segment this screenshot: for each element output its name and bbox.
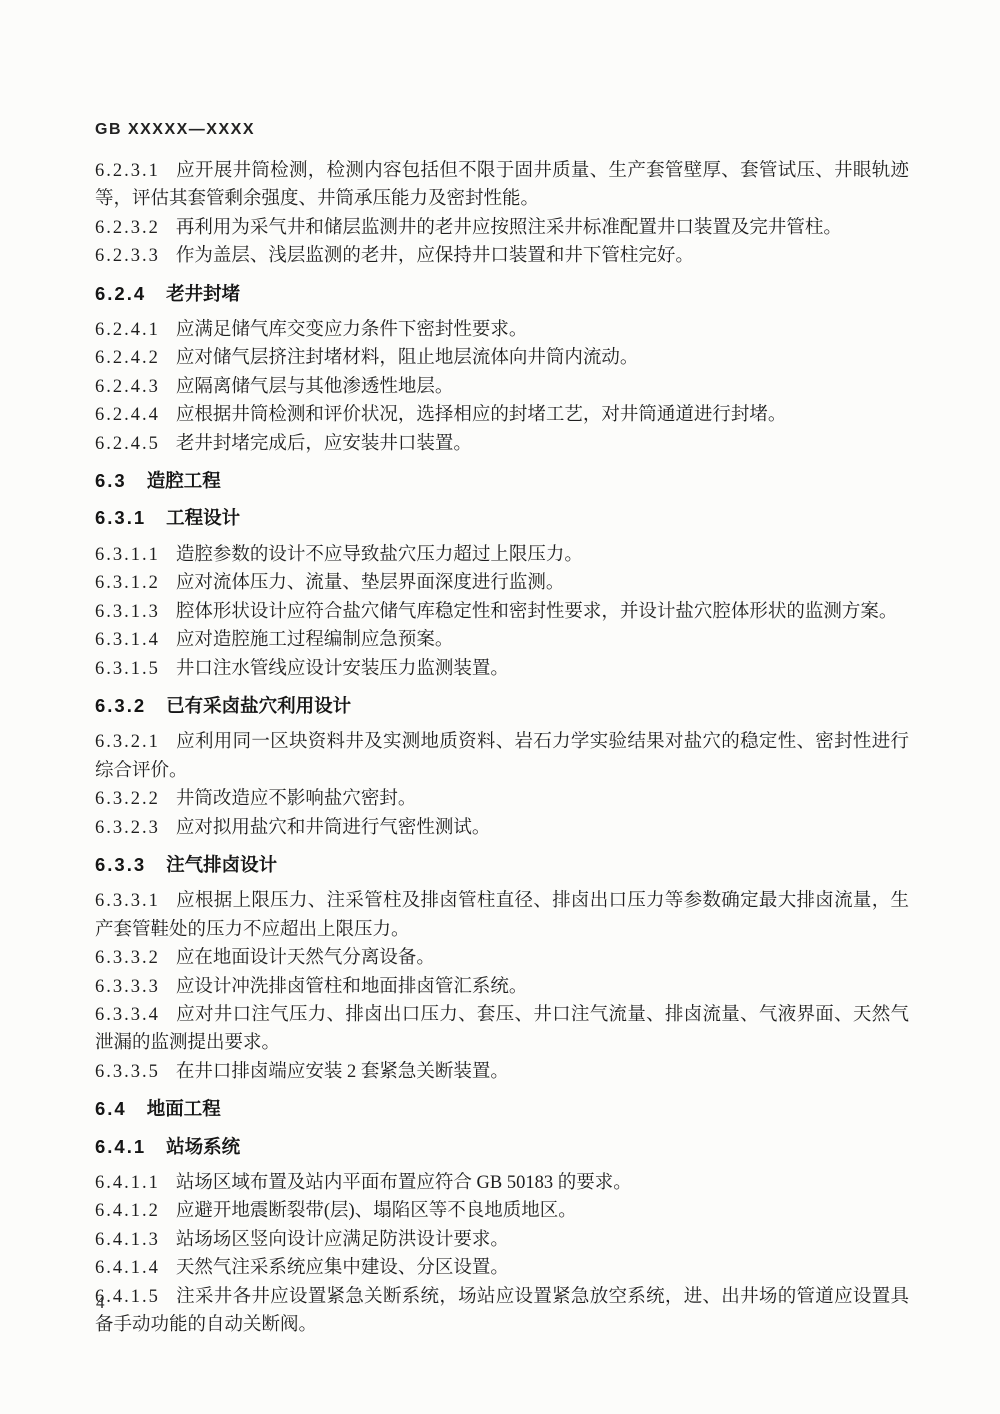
clause: 6.3.3.5在井口排卤端应安装 2 套紧急关断装置。 (95, 1058, 909, 1086)
clause-number: 6.4.1.5 (95, 1287, 176, 1307)
clause: 6.3.3.2应在地面设计天然气分离设备。 (95, 944, 909, 972)
section-title: 已有采卤盐穴利用设计 (166, 695, 351, 716)
clause-text: 注采井各井应设置紧急关断系统，场站应设置紧急放空系统，进、出井场的管道应设置具备… (95, 1287, 909, 1335)
clause: 6.2.3.3作为盖层、浅层监测的老井，应保持井口装置和井下管柱完好。 (95, 242, 909, 270)
clause-number: 6.2.4.4 (95, 405, 176, 425)
clause-number: 6.4.1.2 (95, 1201, 176, 1221)
clause-number: 6.2.4.2 (95, 348, 176, 368)
clause-number: 6.3.1.3 (95, 602, 176, 622)
clause-number: 6.3.1.5 (95, 659, 176, 679)
clause: 6.2.4.2应对储气层挤注封堵材料，阻止地层流体向井筒内流动。 (95, 344, 909, 372)
section-heading: 6.2.4老井封堵 (95, 280, 909, 308)
section-number: 6.3.2 (95, 695, 166, 716)
section-heading: 6.3.2已有采卤盐穴利用设计 (95, 692, 909, 720)
clause: 6.2.3.2再利用为采气井和储层监测井的老井应按照注采井标准配置井口装置及完井… (95, 214, 909, 242)
clause-number: 6.3.2.3 (95, 818, 176, 838)
clause-text: 在井口排卤端应安装 2 套紧急关断装置。 (176, 1062, 509, 1082)
section-title: 工程设计 (166, 507, 240, 528)
clause-text: 站场区域布置及站内平面布置应符合 GB 50183 的要求。 (176, 1173, 632, 1193)
clause-text: 应满足储气库交变应力条件下密封性要求。 (176, 320, 528, 340)
clause: 6.3.1.3腔体形状设计应符合盐穴储气库稳定性和密封性要求，并设计盐穴腔体形状… (95, 598, 909, 626)
section-title: 老井封堵 (166, 283, 240, 304)
clause: 6.4.1.3站场场区竖向设计应满足防洪设计要求。 (95, 1226, 909, 1254)
clause-number: 6.3.3.1 (95, 891, 176, 911)
clause: 6.3.2.1应利用同一区块资料井及实测地质资料、岩石力学实验结果对盐穴的稳定性… (95, 728, 909, 785)
clause-number: 6.3.2.1 (95, 732, 176, 752)
clause-number: 6.2.3.2 (95, 218, 176, 238)
clause: 6.2.4.1应满足储气库交变应力条件下密封性要求。 (95, 316, 909, 344)
clause-text: 应对拟用盐穴和井筒进行气密性测试。 (176, 818, 491, 838)
clause-text: 站场场区竖向设计应满足防洪设计要求。 (176, 1230, 509, 1250)
section-number: 6.3 (95, 470, 147, 491)
section-number: 6.4 (95, 1098, 147, 1119)
clause-number: 6.2.4.5 (95, 434, 176, 454)
clause: 6.3.3.3应设计冲洗排卤管柱和地面排卤管汇系统。 (95, 973, 909, 1001)
clause-number: 6.3.3.5 (95, 1062, 176, 1082)
clause: 6.4.1.4天然气注采系统应集中建设、分区设置。 (95, 1254, 909, 1282)
clause-text: 应对井口注气压力、排卤出口压力、套压、井口注气流量、排卤流量、气液界面、天然气泄… (95, 1005, 909, 1053)
clause-text: 老井封堵完成后，应安装井口装置。 (176, 434, 472, 454)
clause: 6.2.3.1应开展井筒检测，检测内容包括但不限于固井质量、生产套管壁厚、套管试… (95, 157, 909, 214)
clause-text: 应利用同一区块资料井及实测地质资料、岩石力学实验结果对盐穴的稳定性、密封性进行综… (95, 732, 909, 780)
clause-number: 6.3.3.2 (95, 948, 176, 968)
clause: 6.3.1.4应对造腔施工过程编制应急预案。 (95, 626, 909, 654)
clause-text: 应对流体压力、流量、垫层界面深度进行监测。 (176, 573, 565, 593)
clause-text: 应避开地震断裂带(层)、塌陷区等不良地质地区。 (176, 1201, 577, 1221)
clause-number: 6.4.1.1 (95, 1173, 176, 1193)
clause-text: 井筒改造应不影响盐穴密封。 (176, 789, 417, 809)
section-heading: 6.3造腔工程 (95, 467, 909, 495)
section-heading: 6.4.1站场系统 (95, 1133, 909, 1161)
section-heading: 6.3.1工程设计 (95, 504, 909, 532)
clause-text: 造腔参数的设计不应导致盐穴压力超过上限压力。 (176, 545, 583, 565)
clause-number: 6.2.3.1 (95, 161, 176, 181)
section-heading: 6.4地面工程 (95, 1095, 909, 1123)
clause-text: 井口注水管线应设计安装压力监测装置。 (176, 659, 509, 679)
section-title: 站场系统 (166, 1136, 240, 1157)
clause-text: 应设计冲洗排卤管柱和地面排卤管汇系统。 (176, 977, 528, 997)
clause: 6.3.3.4应对井口注气压力、排卤出口压力、套压、井口注气流量、排卤流量、气液… (95, 1001, 909, 1058)
clause: 6.3.1.5井口注水管线应设计安装压力监测装置。 (95, 655, 909, 683)
section-title: 造腔工程 (147, 470, 221, 491)
document-page: GB XXXXX—XXXX 6.2.3.1应开展井筒检测，检测内容包括但不限于固… (0, 0, 1000, 1414)
clause-number: 6.3.2.2 (95, 789, 176, 809)
clause-number: 6.3.3.4 (95, 1005, 176, 1025)
clause-text: 应对储气层挤注封堵材料，阻止地层流体向井筒内流动。 (176, 348, 639, 368)
clause: 6.3.2.2井筒改造应不影响盐穴密封。 (95, 785, 909, 813)
clause-text: 应在地面设计天然气分离设备。 (176, 948, 435, 968)
section-title: 地面工程 (147, 1098, 221, 1119)
clause-number: 6.3.1.4 (95, 630, 176, 650)
section-number: 6.3.1 (95, 507, 166, 528)
clause-text: 应根据井筒检测和评价状况，选择相应的封堵工艺，对井筒通道进行封堵。 (176, 405, 787, 425)
clause-number: 6.2.4.3 (95, 377, 176, 397)
clause-number: 6.3.1.1 (95, 545, 176, 565)
clause-text: 腔体形状设计应符合盐穴储气库稳定性和密封性要求，并设计盐穴腔体形状的监测方案。 (176, 602, 898, 622)
clause: 6.4.1.5注采井各井应设置紧急关断系统，场站应设置紧急放空系统，进、出井场的… (95, 1283, 909, 1340)
document-body: 6.2.3.1应开展井筒检测，检测内容包括但不限于固井质量、生产套管壁厚、套管试… (95, 157, 909, 1339)
clause: 6.3.1.1造腔参数的设计不应导致盐穴压力超过上限压力。 (95, 541, 909, 569)
section-number: 6.2.4 (95, 283, 166, 304)
clause: 6.4.1.2应避开地震断裂带(层)、塌陷区等不良地质地区。 (95, 1197, 909, 1225)
section-heading: 6.3.3注气排卤设计 (95, 851, 909, 879)
clause-number: 6.2.4.1 (95, 320, 176, 340)
clause: 6.3.2.3应对拟用盐穴和井筒进行气密性测试。 (95, 814, 909, 842)
clause-text: 应根据上限压力、注采管柱及排卤管柱直径、排卤出口压力等参数确定最大排卤流量，生产… (95, 891, 909, 939)
clause-number: 6.4.1.3 (95, 1230, 176, 1250)
section-number: 6.3.3 (95, 854, 166, 875)
clause-text: 应开展井筒检测，检测内容包括但不限于固井质量、生产套管壁厚、套管试压、井眼轨迹等… (95, 161, 909, 209)
clause: 6.2.4.4应根据井筒检测和评价状况，选择相应的封堵工艺，对井筒通道进行封堵。 (95, 401, 909, 429)
clause: 6.4.1.1站场区域布置及站内平面布置应符合 GB 50183 的要求。 (95, 1169, 909, 1197)
page-number: 4 (96, 1293, 105, 1313)
clause-text: 天然气注采系统应集中建设、分区设置。 (176, 1258, 509, 1278)
clause: 6.3.3.1应根据上限压力、注采管柱及排卤管柱直径、排卤出口压力等参数确定最大… (95, 887, 909, 944)
clause-number: 6.3.1.2 (95, 573, 176, 593)
clause: 6.2.4.3应隔离储气层与其他渗透性地层。 (95, 373, 909, 401)
clause-text: 应隔离储气层与其他渗透性地层。 (176, 377, 454, 397)
clause-text: 作为盖层、浅层监测的老井，应保持井口装置和井下管柱完好。 (176, 246, 694, 266)
clause: 6.2.4.5老井封堵完成后，应安装井口装置。 (95, 430, 909, 458)
clause-text: 应对造腔施工过程编制应急预案。 (176, 630, 454, 650)
clause-number: 6.2.3.3 (95, 246, 176, 266)
clause: 6.3.1.2应对流体压力、流量、垫层界面深度进行监测。 (95, 569, 909, 597)
document-code-header: GB XXXXX—XXXX (95, 121, 255, 139)
clause-text: 再利用为采气井和储层监测井的老井应按照注采井标准配置井口装置及完井管柱。 (176, 218, 842, 238)
clause-number: 6.4.1.4 (95, 1258, 176, 1278)
section-number: 6.4.1 (95, 1136, 166, 1157)
section-title: 注气排卤设计 (166, 854, 277, 875)
clause-number: 6.3.3.3 (95, 977, 176, 997)
